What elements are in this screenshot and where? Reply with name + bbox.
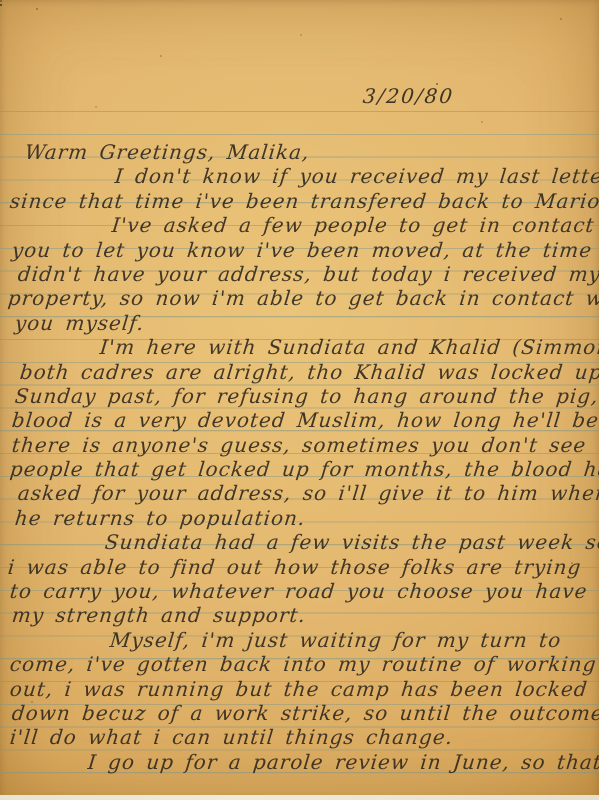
- letter-line: you myself.: [0, 311, 599, 335]
- letter-line: Warm Greetings, Malika,: [0, 140, 599, 164]
- letter-line: you to let you know i've been moved, at …: [0, 238, 599, 262]
- letter-date: 3/20/80: [362, 84, 456, 108]
- letter-line: out, i was running but the camp has been…: [0, 677, 599, 701]
- letter-line: both cadres are alright, tho Khalid was …: [0, 360, 599, 384]
- letter-line: i was able to find out how those folks a…: [0, 555, 599, 579]
- letter-line: since that time i've been transfered bac…: [0, 189, 599, 213]
- letter-line: down becuz of a work strike, so until th…: [0, 701, 599, 725]
- paper-specks: [0, 0, 2, 2]
- letter-line: my strength and support.: [0, 603, 599, 627]
- letter-line: blood is a very devoted Muslim, how long…: [0, 408, 599, 432]
- letter-line: come, i've gotten back into my routine o…: [0, 652, 599, 676]
- letter-line: there is anyone's guess, sometimes you d…: [0, 433, 599, 457]
- letter-line: Sundiata had a few visits the past week …: [0, 530, 599, 554]
- letter-line: Myself, i'm just waiting for my turn to: [0, 628, 599, 652]
- letter-line: asked for your address, so i'll give it …: [0, 481, 599, 505]
- letter-line: i'll do what i can until things change.: [0, 725, 599, 749]
- letter-line: I go up for a parole review in June, so …: [0, 750, 599, 774]
- letter-line: didn't have your address, but today i re…: [0, 262, 599, 286]
- letter-line: Sunday past, for refusing to hang around…: [0, 384, 599, 408]
- letter-line: he returns to population.: [0, 506, 599, 530]
- letter-line: property, so now i'm able to get back in…: [0, 286, 599, 310]
- letter-line: people that get locked up for months, th…: [0, 457, 599, 481]
- scan-edge: [0, 795, 599, 800]
- letter-line: I've asked a few people to get in contac…: [0, 213, 599, 237]
- letter-line: to carry you, whatever road you choose y…: [0, 579, 599, 603]
- letter-body: Warm Greetings, Malika,I don't know if y…: [0, 140, 599, 774]
- letter-line: I'm here with Sundiata and Khalid (Simmo…: [0, 335, 599, 359]
- letter-line: I don't know if you received my last let…: [0, 164, 599, 188]
- letter-paper: 3/20/80 Warm Greetings, Malika,I don't k…: [0, 0, 599, 800]
